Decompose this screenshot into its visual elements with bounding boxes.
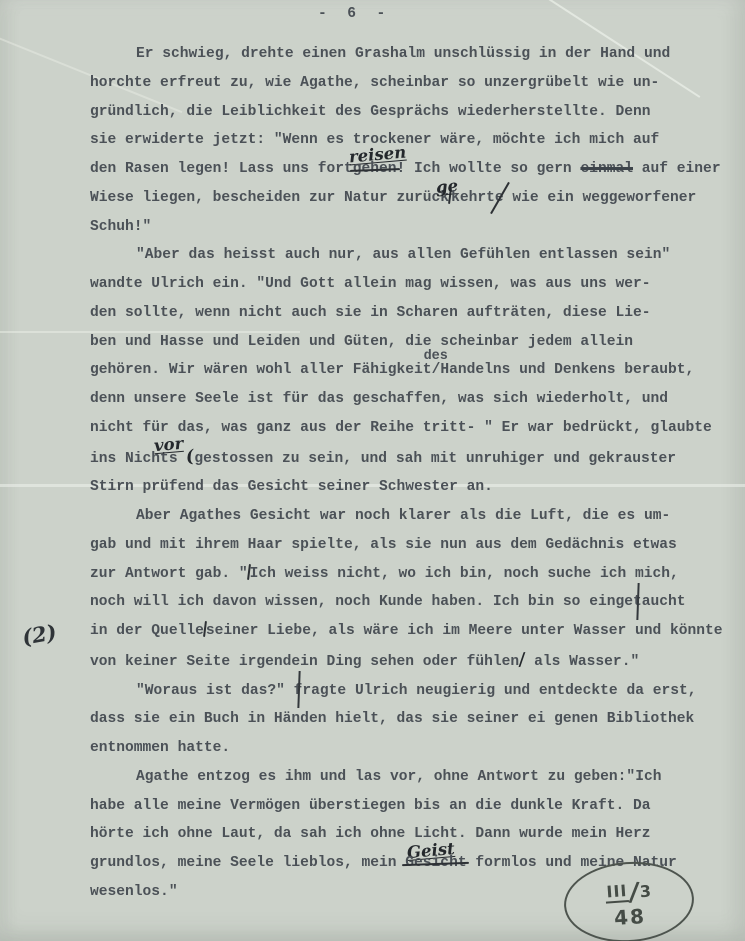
text-segment: Agathe entzog es ihm und las vor, ohne A… <box>136 769 661 785</box>
typed-line: von keiner Seite irgendein Ding sehen od… <box>90 646 745 677</box>
text-segment: ! Ich wollte so gern <box>397 161 581 177</box>
typed-line: zur Antwort gab. "Ich weiss nicht, wo ic… <box>90 560 745 589</box>
text-segment: hörte ich ohne Laut, da sah ich ohne Lic… <box>90 826 651 842</box>
typed-line: Agathe entzog es ihm und las vor, ohne A… <box>90 763 745 792</box>
text-segment: Aber Agathes Gesicht war noch klarer als… <box>136 508 670 524</box>
stamp-top-row: III / 3 <box>605 878 652 907</box>
typed-line: noch will ich davon wissen, noch Kunde h… <box>90 588 745 617</box>
text-segment: Ich weiss nicht, wo ich bin, noch suche … <box>250 566 679 582</box>
typed-line: den sollte, wenn nicht auch sie in Schar… <box>90 299 745 328</box>
text-segment: von keiner Seite irgendein Ding sehen od… <box>90 654 519 670</box>
text-segment: grundlos, meine Seele lieblos, mein <box>90 855 405 871</box>
text-segment: t <box>633 588 642 617</box>
manuscript-page: - 6 - Er schwieg, drehte einen Grashalm … <box>0 0 745 941</box>
text-segment: als Wasser." <box>525 654 639 670</box>
text-segment: auf einer <box>633 161 721 177</box>
text-segment: entnommen hatte. <box>90 740 230 756</box>
text-segment: Er schwieg, drehte einen Grashalm unschl… <box>136 46 670 62</box>
text-segment: ragte Ulrich neugierig und entdeckte da … <box>302 683 696 699</box>
text-segment: in der Quelle <box>90 623 204 639</box>
text-segment: dass sie ein Buch in Händen hielt, das s… <box>90 711 694 727</box>
inserted-word: vor <box>154 436 185 455</box>
struck-text: einmal <box>580 161 633 177</box>
typed-line: Stirn prüfend das Gesicht seiner Schwest… <box>90 473 745 502</box>
text-segment: Handelns und Denkens beraubt, <box>440 362 694 378</box>
text-segment: wesenlos." <box>90 884 178 900</box>
typed-line: gab und mit ihrem Haar spielte, als sie … <box>90 531 745 560</box>
stamp-slash: / <box>629 879 640 906</box>
text-segment: gründlich, die Leiblichkeit des Gespräch… <box>90 104 651 120</box>
typed-line: in der Quelleseiner Liebe, als wäre ich … <box>90 617 745 646</box>
text-segment: noch will ich davon wissen, noch Kunde h… <box>90 594 633 610</box>
typed-line: "Woraus ist das?" fragte Ulrich neugieri… <box>90 677 745 706</box>
text-segment: nicht für das, was ganz aus der Reihe tr… <box>90 420 712 436</box>
text-segment: habe alle meine Vermögen überstiegen bis… <box>90 798 651 814</box>
text-segment: zur Antwort gab. " <box>90 566 248 582</box>
correction-anchor: reisengehen <box>353 161 397 177</box>
typed-line: gehören. Wir wären wohl aller Fähigkeitd… <box>90 356 745 385</box>
text-segment: Schuh!" <box>90 219 151 235</box>
text-segment: horchte erfreut zu, wie Agathe, scheinba… <box>90 75 659 91</box>
typed-line: "Aber das heisst auch nur, aus allen Gef… <box>90 241 745 270</box>
text-segment: den Rasen legen! Lass uns fort <box>90 161 353 177</box>
typed-line: Aber Agathes Gesicht war noch klarer als… <box>90 502 745 531</box>
text-segment: wie ein weggeworfener <box>504 190 697 206</box>
typed-line: sie erwiderte jetzt: "Wenn es trockener … <box>90 126 745 155</box>
typed-line: Er schwieg, drehte einen Grashalm unschl… <box>90 40 745 69</box>
text-segment: Wiese liegen, bescheiden zur Natur zurüc… <box>90 190 449 206</box>
typed-line: Schuh!" <box>90 213 745 242</box>
text-segment: / <box>432 362 441 378</box>
text-segment: seiner Liebe, als wäre ich im Meere unte… <box>206 623 723 639</box>
correction-anchor: GeistGesicht <box>405 855 466 871</box>
stamp-roman-numeral: III <box>605 883 629 904</box>
text-segment: gestossen zu sein, und sah mit unruhiger… <box>194 451 676 467</box>
text-segment: "Woraus ist das?" <box>136 683 294 699</box>
correction-anchor: des/ <box>432 362 441 378</box>
text-segment: kehrt <box>451 190 495 206</box>
text-segment: den sollte, wenn nicht auch sie in Schar… <box>90 305 651 321</box>
struck-text: Gesicht <box>405 855 466 871</box>
text-segment: gehören. Wir wären wohl aller Fähigkeit <box>90 362 432 378</box>
typed-line: habe alle meine Vermögen überstiegen bis… <box>90 792 745 821</box>
struck-text: e <box>495 184 504 213</box>
text-segment: wandte Ulrich ein. "Und Gott allein mag … <box>90 276 651 292</box>
text-segment: denn unsere Seele ist für das geschaffen… <box>90 391 668 407</box>
text-segment: "Aber das heisst auch nur, aus allen Gef… <box>136 247 670 263</box>
text-segment: gab und mit ihrem Haar spielte, als sie … <box>90 537 677 553</box>
stamp-digit: 3 <box>639 883 651 900</box>
typed-line: wandte Ulrich ein. "Und Gott allein mag … <box>90 270 745 299</box>
text-segment: aucht <box>642 594 686 610</box>
margin-annotation: (2) <box>20 619 58 650</box>
typed-line: horchte erfreut zu, wie Agathe, scheinba… <box>90 69 745 98</box>
stamp-bottom-number: 48 <box>613 905 646 927</box>
typed-line: nicht für das, was ganz aus der Reihe tr… <box>90 414 745 443</box>
typed-line: gründlich, die Leiblichkeit des Gespräch… <box>90 98 745 127</box>
typed-line: ins Nichts vor(gestossen zu sein, und sa… <box>90 443 745 474</box>
typed-line: ben und Hasse und Leiden und Güten, die … <box>90 328 745 357</box>
typed-line: Wiese liegen, bescheiden zur Natur zurüc… <box>90 184 745 213</box>
typed-line: denn unsere Seele ist für das geschaffen… <box>90 385 745 414</box>
typed-line: den Rasen legen! Lass uns fortreisengehe… <box>90 155 745 184</box>
correction-anchor: gekehrt <box>451 190 495 206</box>
typed-line: entnommen hatte. <box>90 734 745 763</box>
text-segment: ben und Hasse und Leiden und Güten, die … <box>90 334 633 350</box>
typed-line: dass sie ein Buch in Händen hielt, das s… <box>90 705 745 734</box>
text-segment: Stirn prüfend das Gesicht seiner Schwest… <box>90 479 493 495</box>
page-number: - 6 - <box>318 6 386 22</box>
struck-text: gehen <box>353 161 397 177</box>
typed-lines: Er schwieg, drehte einen Grashalm unschl… <box>90 40 745 907</box>
